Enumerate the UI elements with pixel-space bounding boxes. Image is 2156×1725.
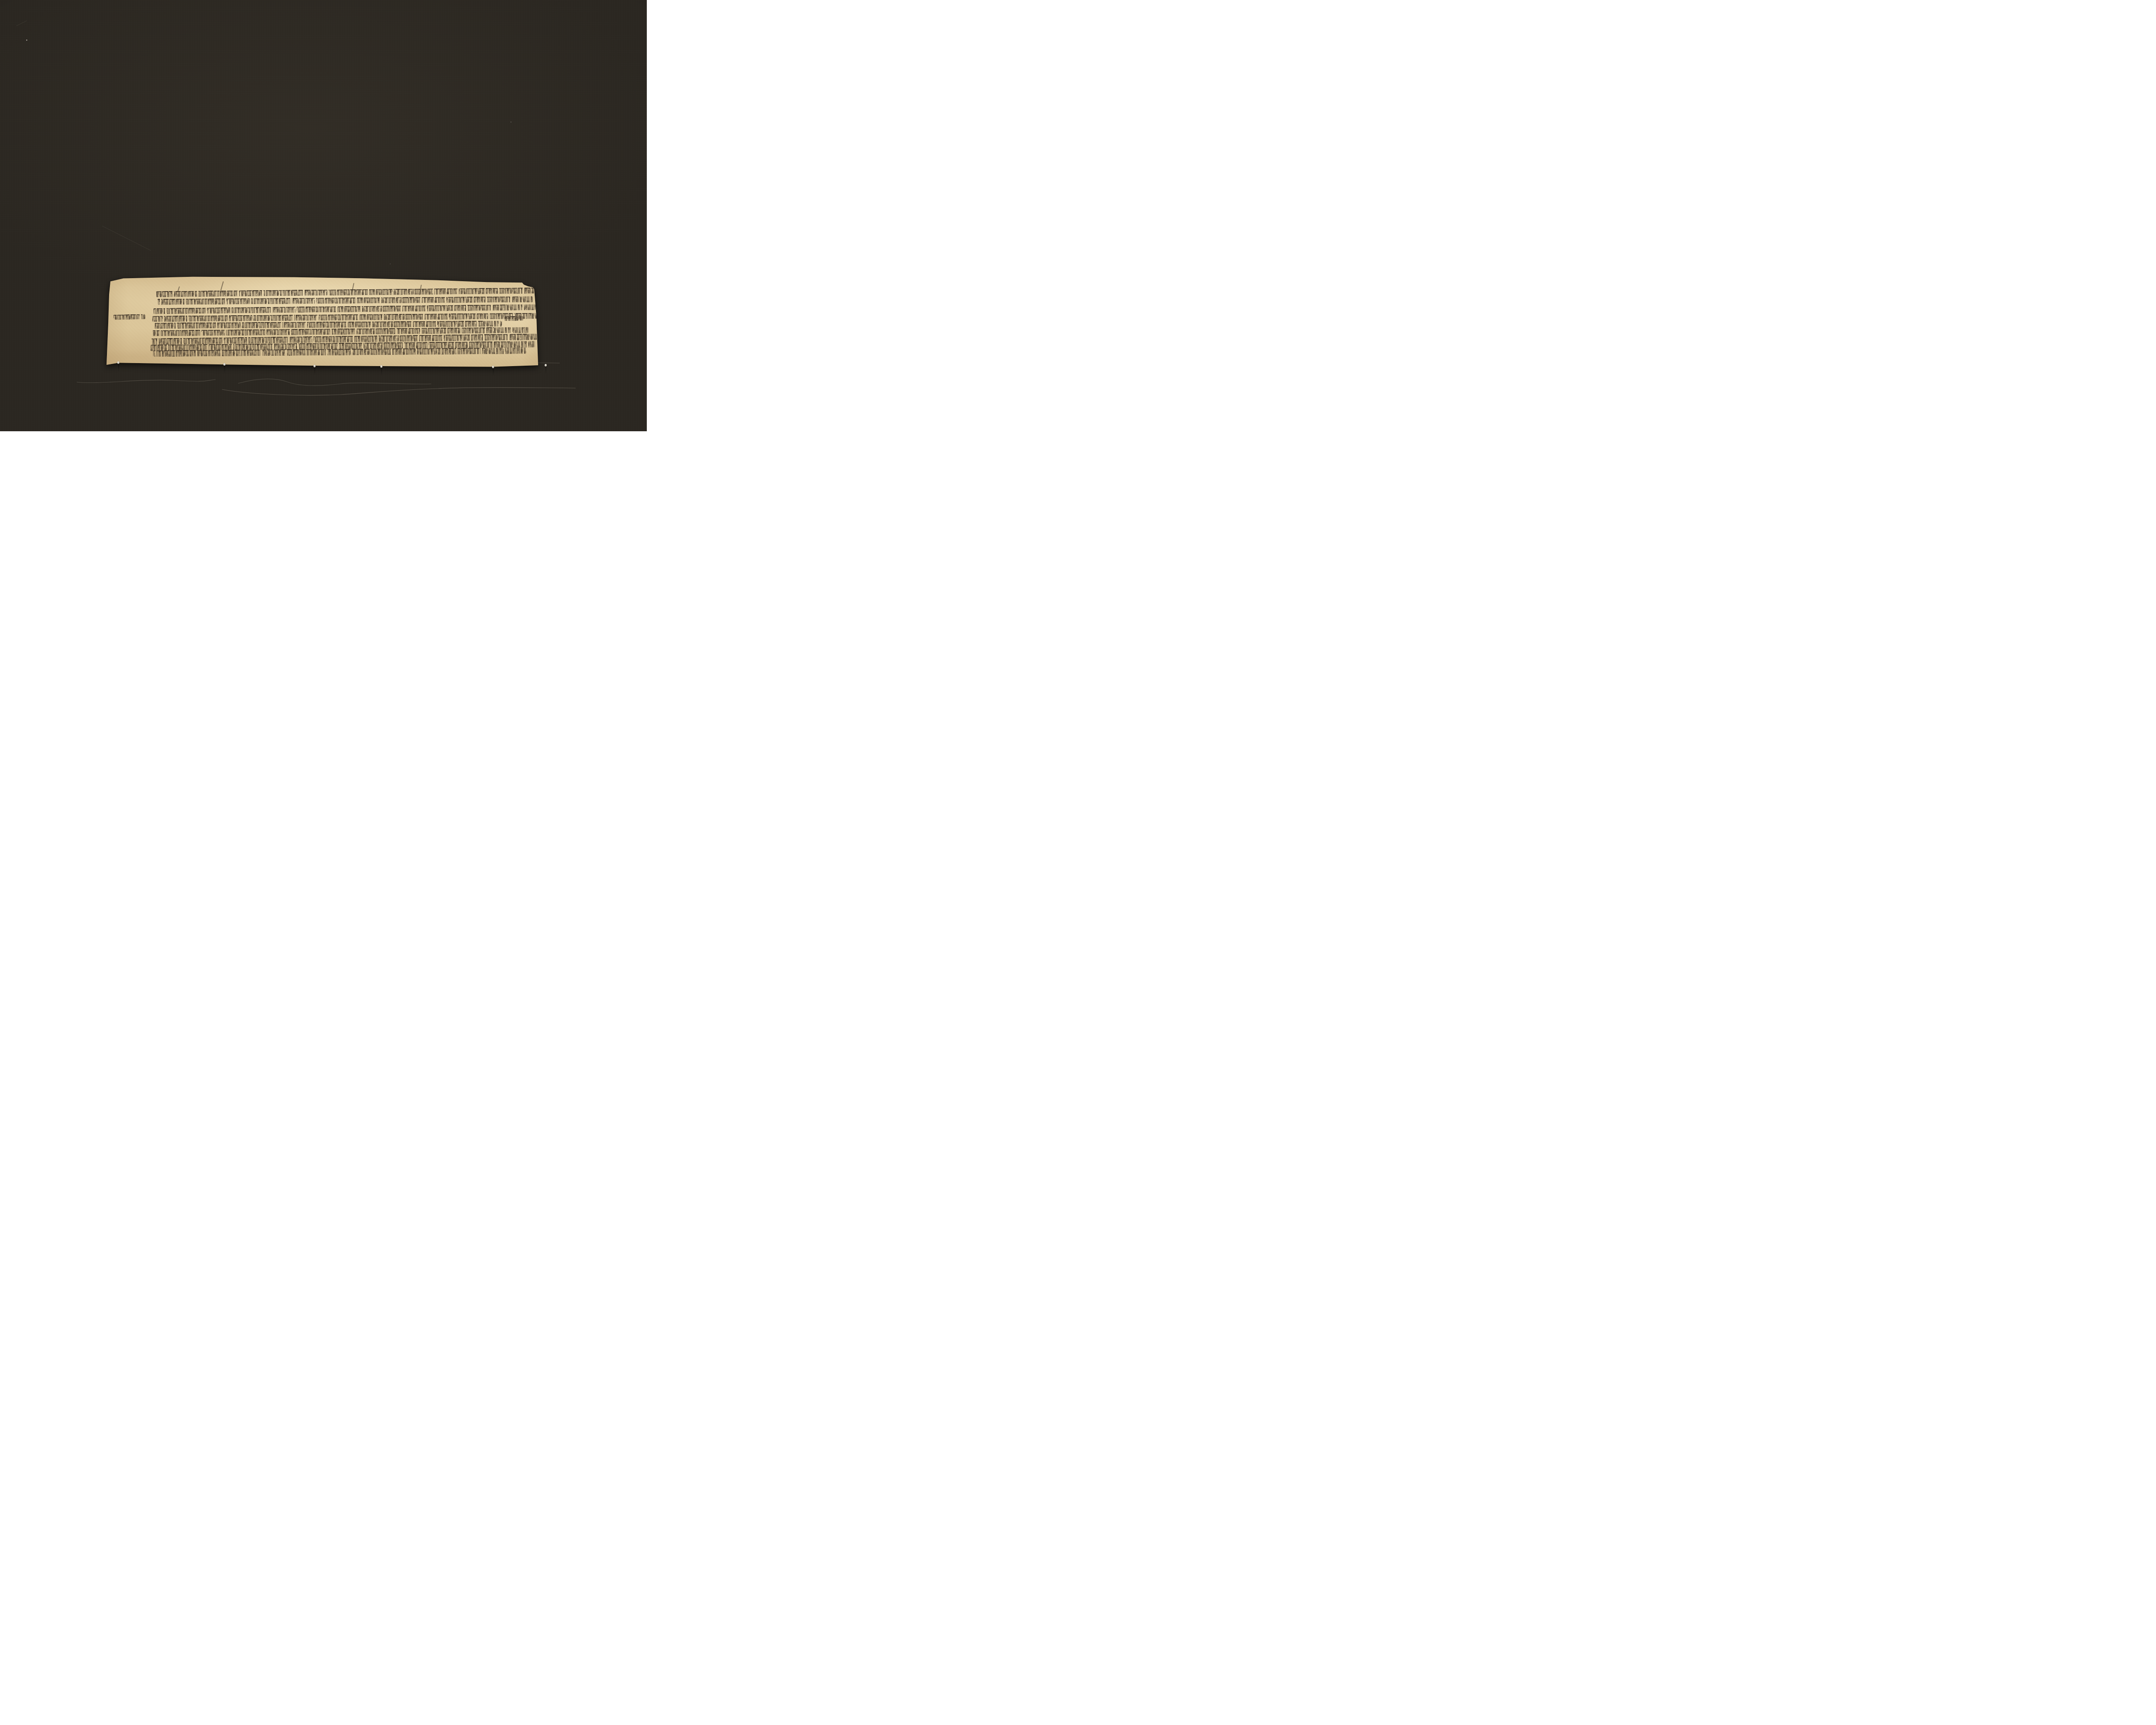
scratch-line — [222, 388, 576, 395]
line-text: তোভ্যঘাতত। ততোহিযুক্ত: ক্ষিপ্রস্তবষু প্র… — [154, 304, 536, 314]
pin-shadow — [493, 368, 494, 376]
margin-label-right: শ্রীশ্রীঃ — [505, 316, 523, 321]
manuscript-text-line-1: প্রযযু: সিংহনাদন দুর্যোধন মভীঘাং নযা। তা… — [156, 288, 536, 297]
pin-shadow — [381, 368, 382, 375]
scratch-line — [16, 21, 27, 26]
pin — [492, 366, 495, 369]
margin-label-left: ঐশ্রীভারতঃ — [113, 314, 146, 320]
line-text: প্রযযু: সিংহনাদন দুর্যোধন মভীঘাং নযা। তা… — [156, 288, 536, 297]
pin-shadow — [118, 364, 119, 371]
manuscript-text-line-3: তোভ্যঘাতত। ততোহিযুক্ত: ক্ষিপ্রস্তবষু প্র… — [154, 304, 536, 314]
ink-flourish — [220, 281, 224, 291]
scratch-line — [102, 226, 151, 251]
manuscript-paper: প্রযযু: সিংহনাদন দুর্যোধন মভীঘাং নযা। তা… — [106, 276, 539, 367]
dust-speck — [390, 263, 391, 264]
margin-label-text: ঐশ্রীভারতঃ — [113, 314, 146, 320]
line-text: নতত্রাযিন:। সুদর্শনিস্তবসু তোভীম সেনং সম… — [157, 296, 533, 305]
scratch-line — [77, 379, 216, 383]
scratch-line — [238, 379, 431, 386]
pin — [313, 365, 316, 368]
manuscript-paper-wrap: প্রযযু: সিংহনাদন দুর্যোধন মভীঘাং নযা। তা… — [106, 276, 539, 367]
pin-shadow — [224, 366, 225, 373]
pin — [117, 361, 120, 364]
photo-frame: প্রযযু: সিংহনাদন দুর্যোধন মভীঘাং নযা। তা… — [0, 0, 647, 431]
dust-speck — [511, 122, 511, 122]
pin — [223, 363, 226, 366]
pin — [380, 365, 383, 368]
pin — [545, 364, 547, 367]
margin-label-text: শ্রীশ্রীঃ — [505, 316, 523, 321]
pin-shadow — [545, 367, 546, 374]
pin-shadow — [314, 367, 315, 375]
dust-speck — [26, 40, 28, 41]
manuscript-text-line-2: নতত্রাযিন:। সুদর্শনিস্তবসু তোভীম সেনং সম… — [157, 296, 533, 305]
